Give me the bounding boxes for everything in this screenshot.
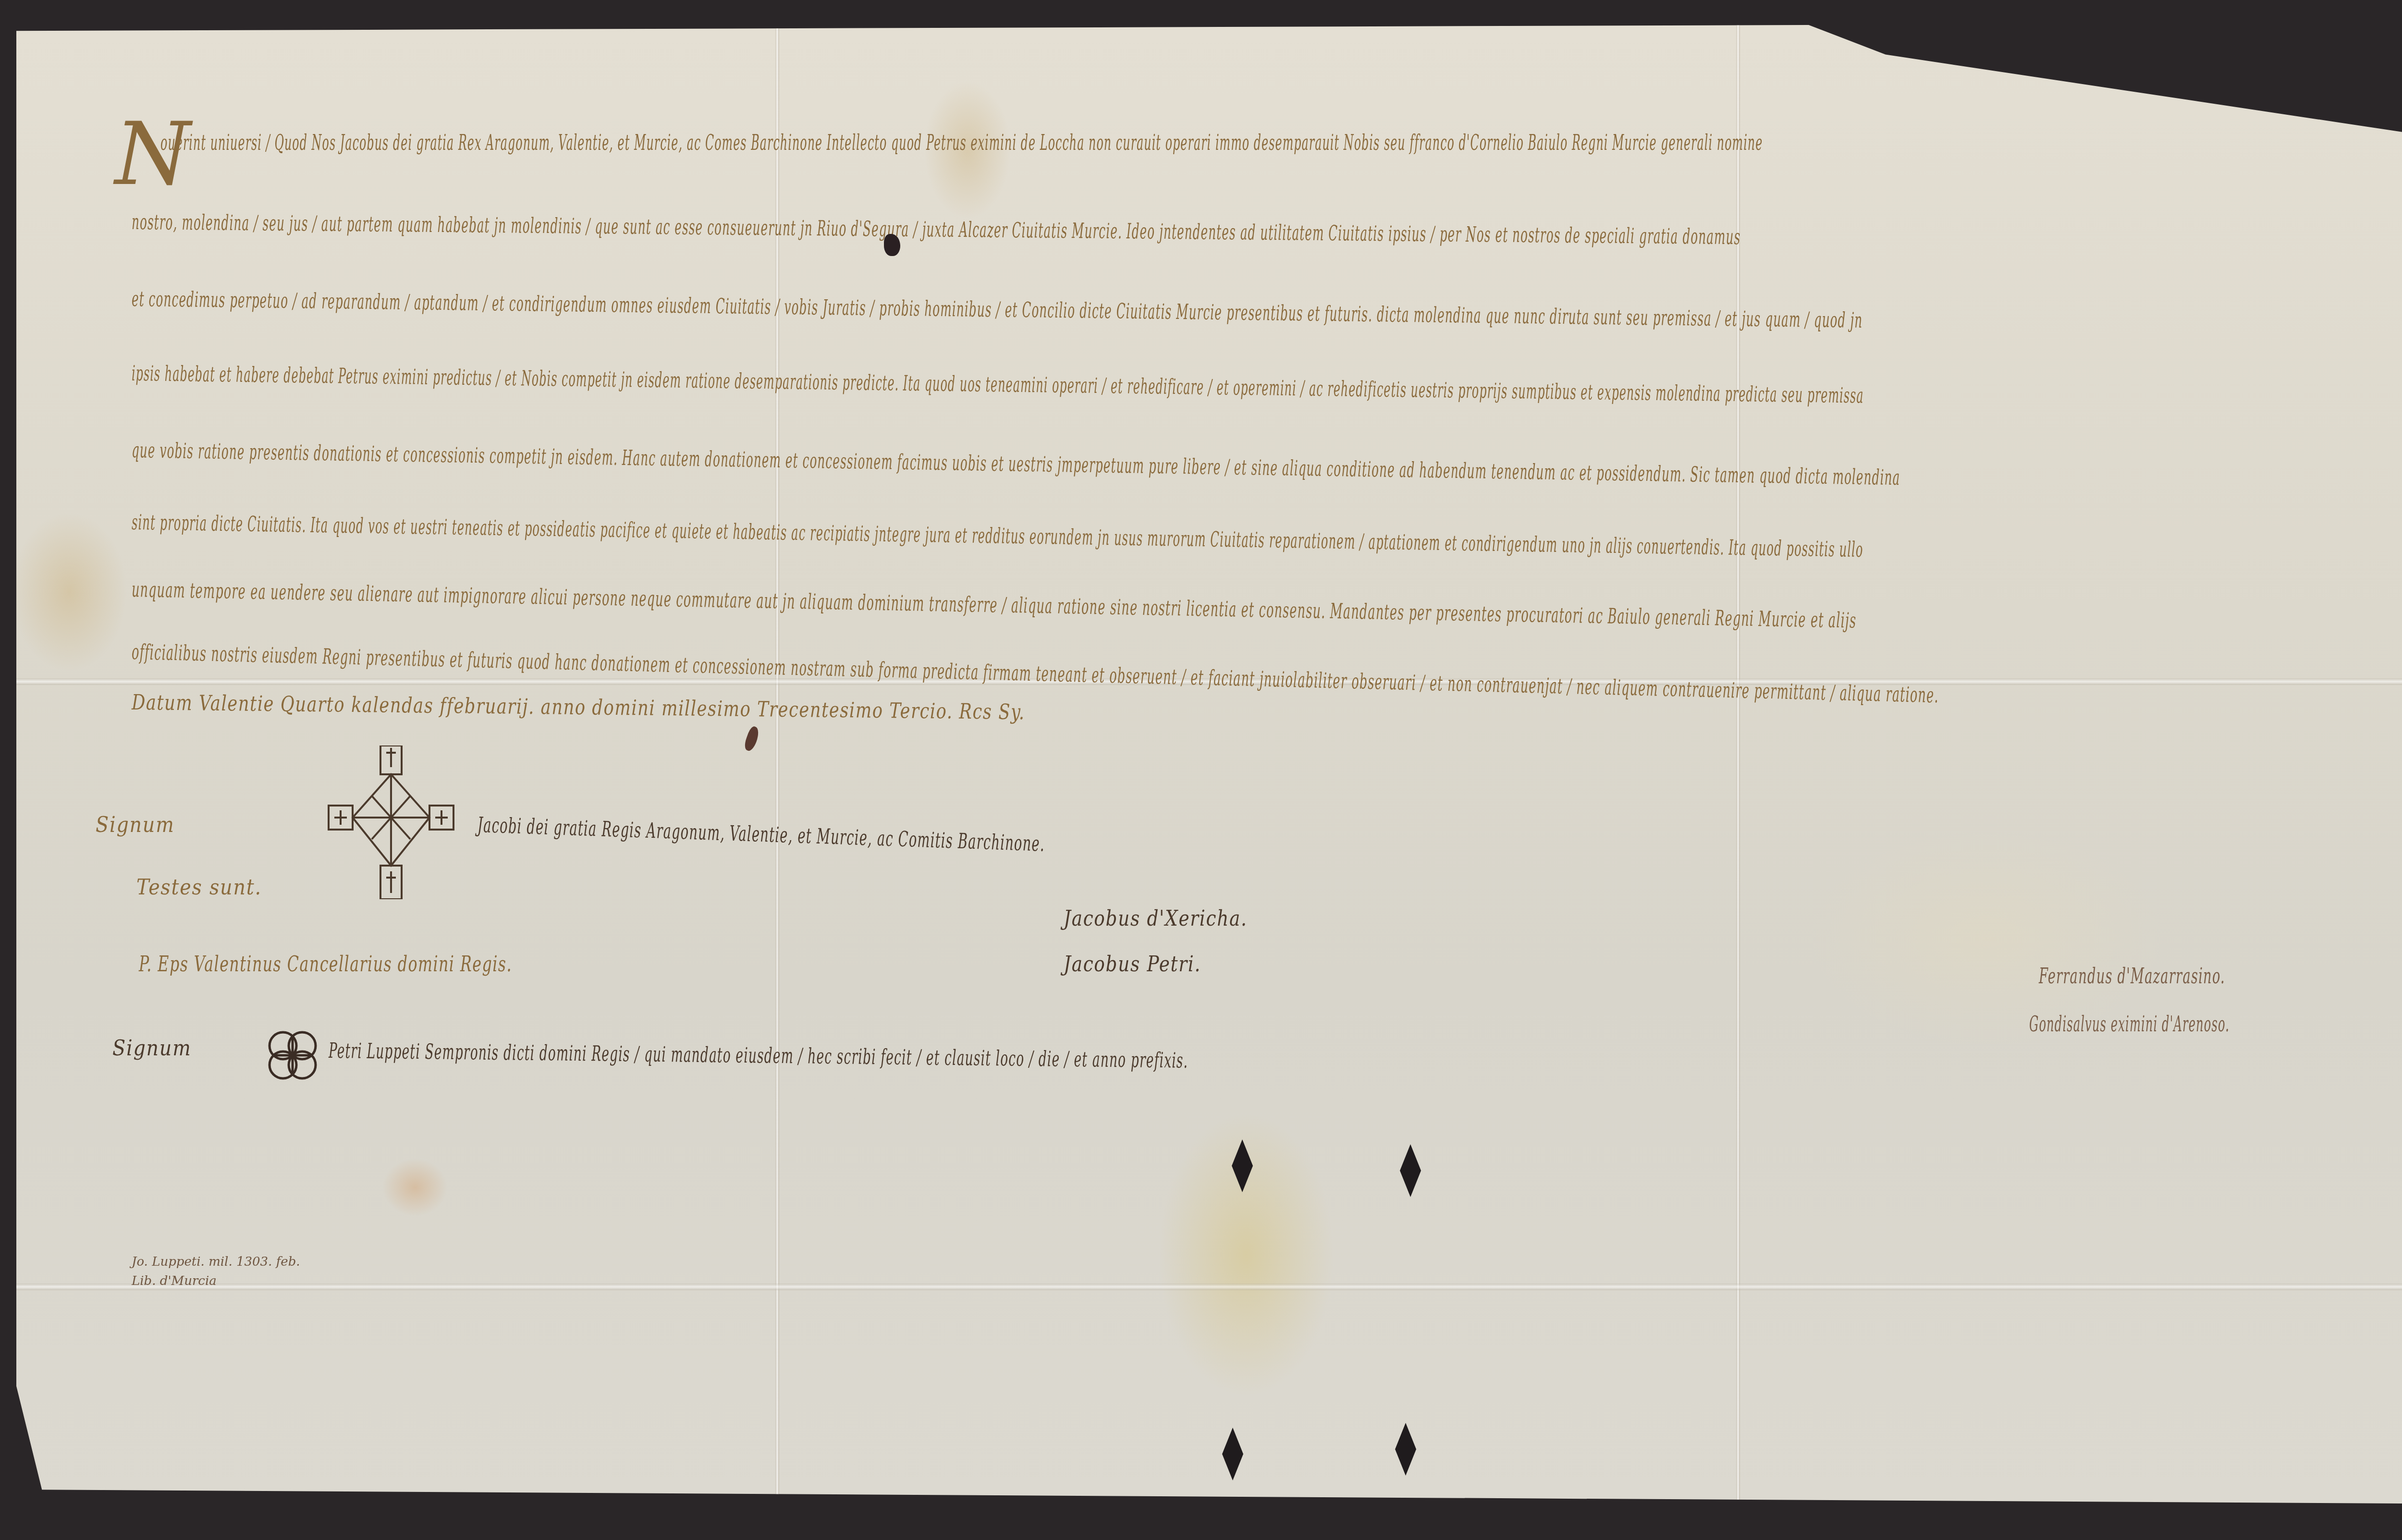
seal-cord-hole (1222, 1428, 1243, 1480)
charter-line-7: unquam tempore ea uendere seu alienare a… (132, 577, 1857, 633)
royal-signum-cross-icon (300, 746, 482, 899)
charter-line-1: ouerint uniuersi / Quod Nos Jacobus dei … (160, 131, 1763, 155)
seal-cord-hole (1232, 1139, 1253, 1192)
witness-chancellor: P. Eps Valentinus Cancellarius domini Re… (139, 952, 512, 977)
signum-text-king: Jacobi dei gratia Regis Aragonum, Valent… (478, 813, 1045, 856)
horizontal-fold (16, 1283, 2402, 1290)
seal-cord-hole (1400, 1144, 1421, 1197)
charter-line-3: et concedimus perpetuo / ad reparandum /… (132, 287, 1863, 333)
charter-line-6: sint propria dicte Ciuitatis. Ita quod v… (132, 510, 1863, 562)
parchment-charter: N ouerint uniuersi / Quod Nos Jacobus de… (16, 25, 2402, 1504)
ink-blot (884, 234, 900, 256)
witness-jacobus-xericha: Jacobus d'Xericha. (1064, 906, 1248, 931)
signum-label-king: Signum (96, 813, 175, 837)
signum-label-scribe: Signum (112, 1036, 192, 1061)
charter-line-2: nostro, molendina / seu jus / aut partem… (132, 210, 1740, 249)
witness-gondisalvus: Gondisalvus eximini d'Arenoso. (2029, 1012, 2230, 1037)
charter-line-5: que vobis ratione presentis donationis e… (132, 438, 1900, 490)
marginal-note-line-1: Jo. Luppeti. mil. 1303. feb. (132, 1255, 300, 1269)
witnesses-heading: Testes sunt. (136, 875, 262, 900)
marginal-note-line-2: Lib. d'Murcia (132, 1274, 217, 1288)
vertical-fold (775, 25, 779, 1504)
witness-jacobus-petri: Jacobus Petri. (1064, 952, 1201, 977)
charter-line-dating: Datum Valentie Quarto kalendas ffebruari… (132, 690, 1025, 724)
seal-cord-hole (1395, 1423, 1416, 1476)
witness-ferrandus: Ferrandus d'Mazarrasino. (2039, 964, 2225, 989)
signum-text-scribe: Petri Luppeti Sempronis dicti domini Reg… (329, 1039, 1188, 1073)
ink-blot (743, 725, 761, 752)
scribe-signum-icon (266, 1029, 319, 1082)
charter-line-4: ipsis habebat et habere debebat Petrus e… (132, 361, 1864, 408)
